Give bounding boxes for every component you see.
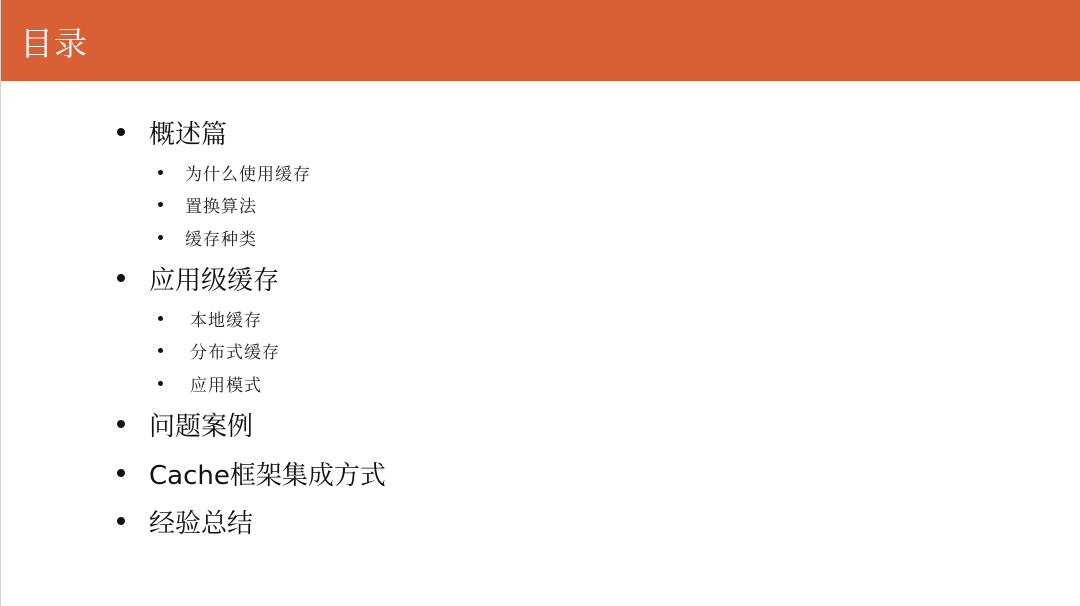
toc-subitem-label: 置换算法 <box>185 192 257 217</box>
toc-item-case-studies: 问题案例 <box>117 406 253 442</box>
bullet-icon <box>158 235 163 240</box>
bullet-icon <box>158 381 163 386</box>
toc-subitem-label: 分布式缓存 <box>190 338 280 363</box>
bullet-icon <box>117 469 125 477</box>
bullet-icon <box>158 348 163 353</box>
toc-item-summary: 经验总结 <box>117 503 253 539</box>
bullet-icon <box>117 274 125 282</box>
toc-item-overview: 概述篇 <box>117 114 227 150</box>
slide: 目录 概述篇 为什么使用缓存 置换算法 缓存种类 应用级缓存 本地缓存 <box>0 0 1080 606</box>
bullet-icon <box>117 420 125 428</box>
bullet-icon <box>158 202 163 207</box>
table-of-contents: 概述篇 为什么使用缓存 置换算法 缓存种类 应用级缓存 本地缓存 分布式缓存 <box>1 0 1080 606</box>
toc-subitem-label: 本地缓存 <box>190 306 262 331</box>
toc-subitem: 置换算法 <box>158 192 257 216</box>
toc-subitem: 分布式缓存 <box>158 338 280 362</box>
toc-subitem: 缓存种类 <box>158 225 257 249</box>
bullet-icon <box>158 170 163 175</box>
bullet-icon <box>117 128 125 136</box>
toc-item-label: Cache框架集成方式 <box>149 455 386 492</box>
toc-item-label: 问题案例 <box>149 406 253 443</box>
toc-subitem-label: 为什么使用缓存 <box>185 160 311 185</box>
toc-subitem-label: 应用模式 <box>190 371 262 396</box>
toc-item-app-cache: 应用级缓存 <box>117 260 279 296</box>
toc-item-label: 概述篇 <box>149 114 227 151</box>
bullet-icon <box>158 316 163 321</box>
toc-item-label: 经验总结 <box>149 503 253 540</box>
toc-subitem: 本地缓存 <box>158 306 262 330</box>
bullet-icon <box>117 517 125 525</box>
toc-subitem: 应用模式 <box>158 371 262 395</box>
toc-subitem: 为什么使用缓存 <box>158 160 311 184</box>
toc-item-cache-framework: Cache框架集成方式 <box>117 455 386 491</box>
toc-item-label: 应用级缓存 <box>149 260 279 297</box>
toc-subitem-label: 缓存种类 <box>185 225 257 250</box>
